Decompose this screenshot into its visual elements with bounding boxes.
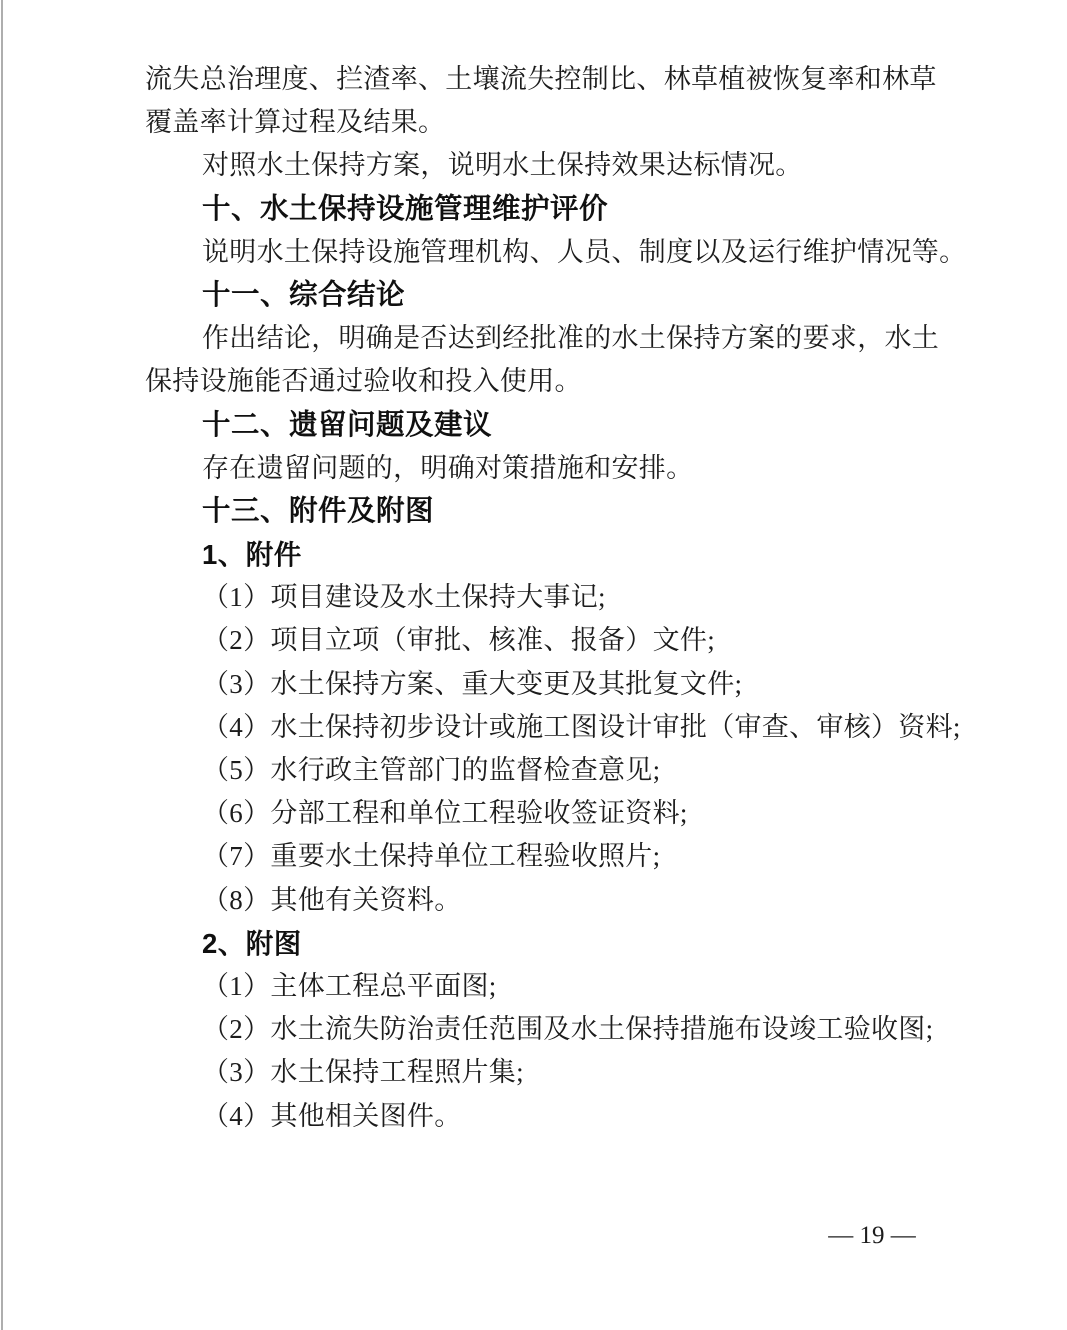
list-item: （1）主体工程总平面图; bbox=[145, 965, 1005, 1008]
scan-edge-line bbox=[1, 0, 3, 1330]
page-number: — 19 — bbox=[812, 1216, 932, 1256]
list-item: （6）分部工程和单位工程验收签证资料; bbox=[145, 792, 1005, 835]
list-item: （7）重要水土保持单位工程验收照片; bbox=[145, 835, 1005, 878]
body-line: 说明水土保持设施管理机构、人员、制度以及运行维护情况等。 bbox=[145, 231, 1005, 274]
body-line: 对照水土保持方案，说明水土保持效果达标情况。 bbox=[145, 144, 1005, 187]
sub-heading: 1、附件 bbox=[145, 533, 1005, 576]
body-line: 保持设施能否通过验收和投入使用。 bbox=[145, 360, 1005, 403]
list-item: （2）项目立项（审批、核准、报备）文件; bbox=[145, 619, 1005, 662]
document-page: 流失总治理度、拦渣率、土壤流失控制比、林草植被恢复率和林草覆盖率计算过程及结果。… bbox=[0, 0, 1067, 1330]
body-line: 作出结论，明确是否达到经批准的水土保持方案的要求，水土 bbox=[145, 317, 1005, 360]
section-heading: 十一、综合结论 bbox=[145, 274, 1005, 317]
section-heading: 十三、附件及附图 bbox=[145, 490, 1005, 533]
list-item: （8）其他有关资料。 bbox=[145, 879, 1005, 922]
body-line: 覆盖率计算过程及结果。 bbox=[145, 101, 1005, 144]
list-item: （3）水土保持方案、重大变更及其批复文件; bbox=[145, 663, 1005, 706]
list-item: （3）水土保持工程照片集; bbox=[145, 1051, 1005, 1094]
list-item: （4）水土保持初步设计或施工图设计审批（审查、审核）资料; bbox=[145, 706, 1005, 749]
list-item: （2）水土流失防治责任范围及水土保持措施布设竣工验收图; bbox=[145, 1008, 1005, 1051]
body-line: 流失总治理度、拦渣率、土壤流失控制比、林草植被恢复率和林草 bbox=[145, 58, 1005, 101]
sub-heading: 2、附图 bbox=[145, 922, 1005, 965]
document-body: 流失总治理度、拦渣率、土壤流失控制比、林草植被恢复率和林草覆盖率计算过程及结果。… bbox=[145, 58, 1005, 1138]
list-item: （5）水行政主管部门的监督检查意见; bbox=[145, 749, 1005, 792]
body-line: 存在遗留问题的，明确对策措施和安排。 bbox=[145, 447, 1005, 490]
list-item: （1）项目建设及水土保持大事记; bbox=[145, 576, 1005, 619]
section-heading: 十、水土保持设施管理维护评价 bbox=[145, 188, 1005, 231]
list-item: （4）其他相关图件。 bbox=[145, 1095, 1005, 1138]
section-heading: 十二、遗留问题及建议 bbox=[145, 404, 1005, 447]
